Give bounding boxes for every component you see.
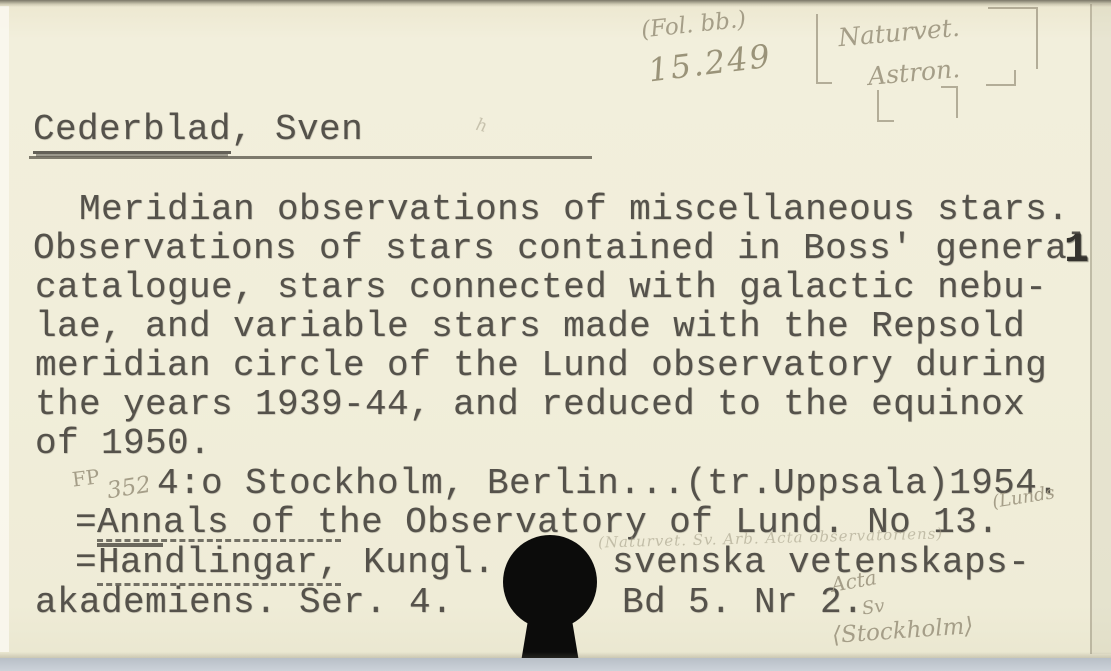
pencil-accession-number: 15.249 <box>646 37 774 90</box>
scan-background-strip <box>0 658 1111 671</box>
series-handlingar-right: svenska vetenskaps- <box>612 543 1030 583</box>
body-line: Observations of stars contained in Boss'… <box>33 229 1089 269</box>
pencil-bracket-small-right <box>941 86 958 118</box>
body-line: of 1950. <box>35 424 211 464</box>
series-annals-equals: = <box>75 502 97 543</box>
card-right-shade <box>1092 4 1111 654</box>
pencil-category-naturvet: Naturvet. <box>837 13 961 53</box>
series-handlingar-rest: Kungl. <box>341 542 495 583</box>
overstruck-digit: 1 <box>1064 226 1089 274</box>
body-line: Meridian observations of miscellaneous s… <box>79 190 1069 230</box>
heading-rule <box>29 156 592 159</box>
imprint-line: 4:o Stockholm, Berlin...(tr.Uppsala)1954… <box>157 464 1059 504</box>
body-line: meridian circle of the Lund observatory … <box>35 346 1047 386</box>
catalog-card: (Fol. bb.) 15.249 Naturvet. Astron. Cede… <box>0 0 1111 658</box>
body-line: catalogue, stars connected with galactic… <box>35 268 1047 308</box>
series-akademiens-left: akademiens. Ser. 4. <box>35 583 453 623</box>
series-handlingar-equals: = <box>75 542 97 583</box>
series-akademiens-right: Bd 5. Nr 2. <box>622 583 864 623</box>
punch-hole <box>500 530 620 662</box>
pencil-shelf-number: 352 <box>105 472 152 505</box>
pencil-bracket-left <box>816 14 832 84</box>
author-heading: Cederblad, Sven <box>33 110 363 150</box>
pencil-bracket-right-foot <box>986 70 1016 86</box>
author-forename: , Sven <box>231 109 363 150</box>
pencil-bracket-small-left <box>877 90 894 122</box>
pencil-folio-code: (Fol. bb.) <box>640 7 747 44</box>
card-top-edge <box>0 0 1111 7</box>
series-handlingar-decorated: Handlingar, <box>97 539 341 586</box>
body-line: the years 1939-44, and reduced to the eq… <box>35 385 1025 425</box>
body-line: lae, and variable stars made with the Re… <box>35 307 1025 347</box>
series-handlingar-line: =Handlingar, Kungl. <box>75 543 495 583</box>
pencil-sv-note: Sv <box>861 596 886 620</box>
card-left-edge <box>0 6 9 652</box>
pencil-bracket-right <box>988 7 1038 69</box>
pencil-name-mark: h <box>474 115 489 137</box>
pencil-shelf-prefix: FP <box>71 464 101 491</box>
author-surname: Cederblad <box>33 109 231 154</box>
